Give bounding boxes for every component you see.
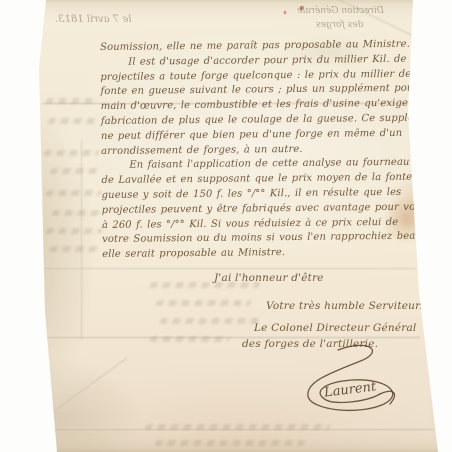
letter-photo: le 7 avril 1813. Direction Générale des …	[0, 0, 452, 452]
bleedthrough-scribble	[47, 118, 99, 124]
bleedthrough-scribble	[43, 150, 100, 156]
body-line: elle serait proposable au Ministre.	[102, 245, 414, 263]
fold-crease	[29, 357, 128, 430]
bleedthrough-scribble	[49, 168, 99, 174]
bleedthrough-scribble	[144, 424, 331, 430]
signer-title-line1: Le Colonel Directeur Général	[254, 322, 417, 334]
bleedthrough-scribble	[149, 336, 231, 342]
bleedthrough-scribble	[154, 440, 306, 446]
ink-speck	[284, 11, 286, 14]
bleedthrough-header-line1: Direction Générale	[297, 6, 384, 16]
bleedthrough-scribble	[45, 190, 102, 196]
fold-crease	[44, 267, 416, 270]
paper-sheet: le 7 avril 1813. Direction Générale des …	[0, 0, 452, 452]
bleedthrough-scribble	[159, 318, 261, 324]
bleedthrough-scribble	[49, 246, 101, 252]
bleedthrough-scribble	[45, 228, 103, 234]
bleedthrough-scribble	[45, 98, 99, 104]
bleedthrough-scribble	[51, 210, 103, 216]
bleedthrough-header-line2: des forges	[316, 20, 363, 30]
signature-name: Laurent	[322, 379, 377, 400]
bleedthrough-scribble	[155, 300, 252, 306]
letter-body: Soumission, elle ne me paraît pas propos…	[100, 38, 414, 263]
closing-honor-line: J'ai l'honneur d'être	[214, 272, 324, 284]
closing-servant-line: Votre très humble Serviteur.	[266, 300, 423, 312]
bleedthrough-date: le 7 avril 1813.	[55, 14, 131, 25]
signature-flourish-icon: Laurent	[288, 342, 406, 420]
